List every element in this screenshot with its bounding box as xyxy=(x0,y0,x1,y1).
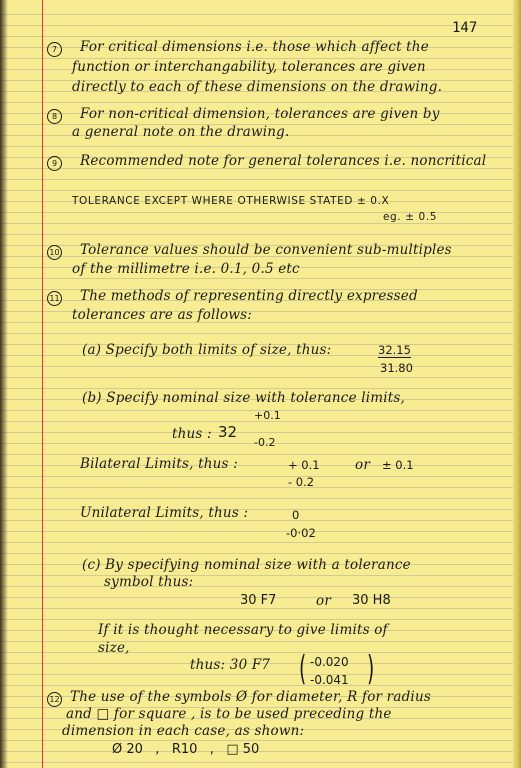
general-tolerance-note: TOLERANCE EXCEPT WHERE OTHERWISE STATED … xyxy=(72,195,389,207)
page-edge xyxy=(513,0,521,768)
item-marker-9: 9 xyxy=(47,156,62,171)
item-marker-12: 12 xyxy=(47,692,62,707)
method-b-upper: +0.1 xyxy=(254,409,281,422)
dimension-symbol-examples: Ø 20 , R10 , □ 50 xyxy=(112,742,259,757)
notebook-page: 147 7 For critical dimensions i.e. those… xyxy=(0,0,521,768)
unilateral-label: Unilateral Limits, thus : xyxy=(80,505,248,521)
item-12-line-1: The use of the symbols Ø for diameter, R… xyxy=(70,689,431,705)
method-c-line-1: (c) By specifying nominal size with a to… xyxy=(82,557,411,573)
method-a-upper-limit: 32.15 xyxy=(378,343,411,358)
method-b-nominal: 32 xyxy=(218,423,237,441)
limits-line-1: If it is thought necessary to give limit… xyxy=(98,622,388,638)
item-10-line-1: Tolerance values should be convenient su… xyxy=(80,242,452,258)
limits-lower: -0.041 xyxy=(310,673,349,687)
bilateral-or: or xyxy=(355,457,370,473)
tolerance-symbol-example-2: 30 H8 xyxy=(352,593,391,608)
limits-line-2: size, xyxy=(98,640,130,656)
item-7-line-1: For critical dimensions i.e. those which… xyxy=(80,39,429,55)
unilateral-upper: 0 xyxy=(292,508,299,522)
item-10-line-2: of the millimetre i.e. 0.1, 0.5 etc xyxy=(72,261,300,277)
item-marker-10: 10 xyxy=(47,245,62,260)
method-a-text: (a) Specify both limits of size, thus: xyxy=(82,342,331,358)
item-marker-11: 11 xyxy=(47,291,62,306)
bilateral-upper: + 0.1 xyxy=(288,458,320,472)
limits-upper: -0.020 xyxy=(310,655,349,669)
item-11-line-1: The methods of representing directly exp… xyxy=(80,288,418,304)
method-b-thus: thus : xyxy=(172,426,212,442)
method-a-lower-limit: 31.80 xyxy=(380,361,413,375)
margin-line xyxy=(42,0,43,768)
right-paren-icon: ) xyxy=(367,652,374,686)
bilateral-alt: ± 0.1 xyxy=(382,458,414,472)
limits-thus: thus: 30 F7 xyxy=(190,657,270,673)
tolerance-symbol-or: or xyxy=(316,593,331,609)
item-8-line-1: For non-critical dimension, tolerances a… xyxy=(80,106,440,122)
tolerance-symbol-example-1: 30 F7 xyxy=(240,593,276,608)
unilateral-lower: -0·02 xyxy=(286,526,316,540)
binding-shadow xyxy=(0,0,8,768)
general-tolerance-example: eg. ± 0.5 xyxy=(383,211,437,223)
item-8-line-2: a general note on the drawing. xyxy=(72,124,289,140)
method-b-text: (b) Specify nominal size with tolerance … xyxy=(82,390,405,406)
item-9-line-1: Recommended note for general tolerances … xyxy=(80,153,486,169)
item-marker-7: 7 xyxy=(47,42,62,57)
item-12-line-3: dimension in each case, as shown: xyxy=(62,723,304,739)
method-c-line-2: symbol thus: xyxy=(104,574,193,590)
bilateral-lower: - 0.2 xyxy=(288,475,314,489)
left-paren-icon: ( xyxy=(299,652,306,686)
page-number: 147 xyxy=(452,20,477,36)
item-7-line-3: directly to each of these dimensions on … xyxy=(72,79,442,95)
item-marker-8: 8 xyxy=(47,109,62,124)
item-7-line-2: function or interchangability, tolerance… xyxy=(72,59,426,75)
method-b-lower: -0.2 xyxy=(254,436,275,449)
item-11-line-2: tolerances are as follows: xyxy=(72,307,252,323)
item-12-line-2: and □ for square , is to be used precedi… xyxy=(66,706,392,722)
bilateral-label: Bilateral Limits, thus : xyxy=(80,456,238,472)
